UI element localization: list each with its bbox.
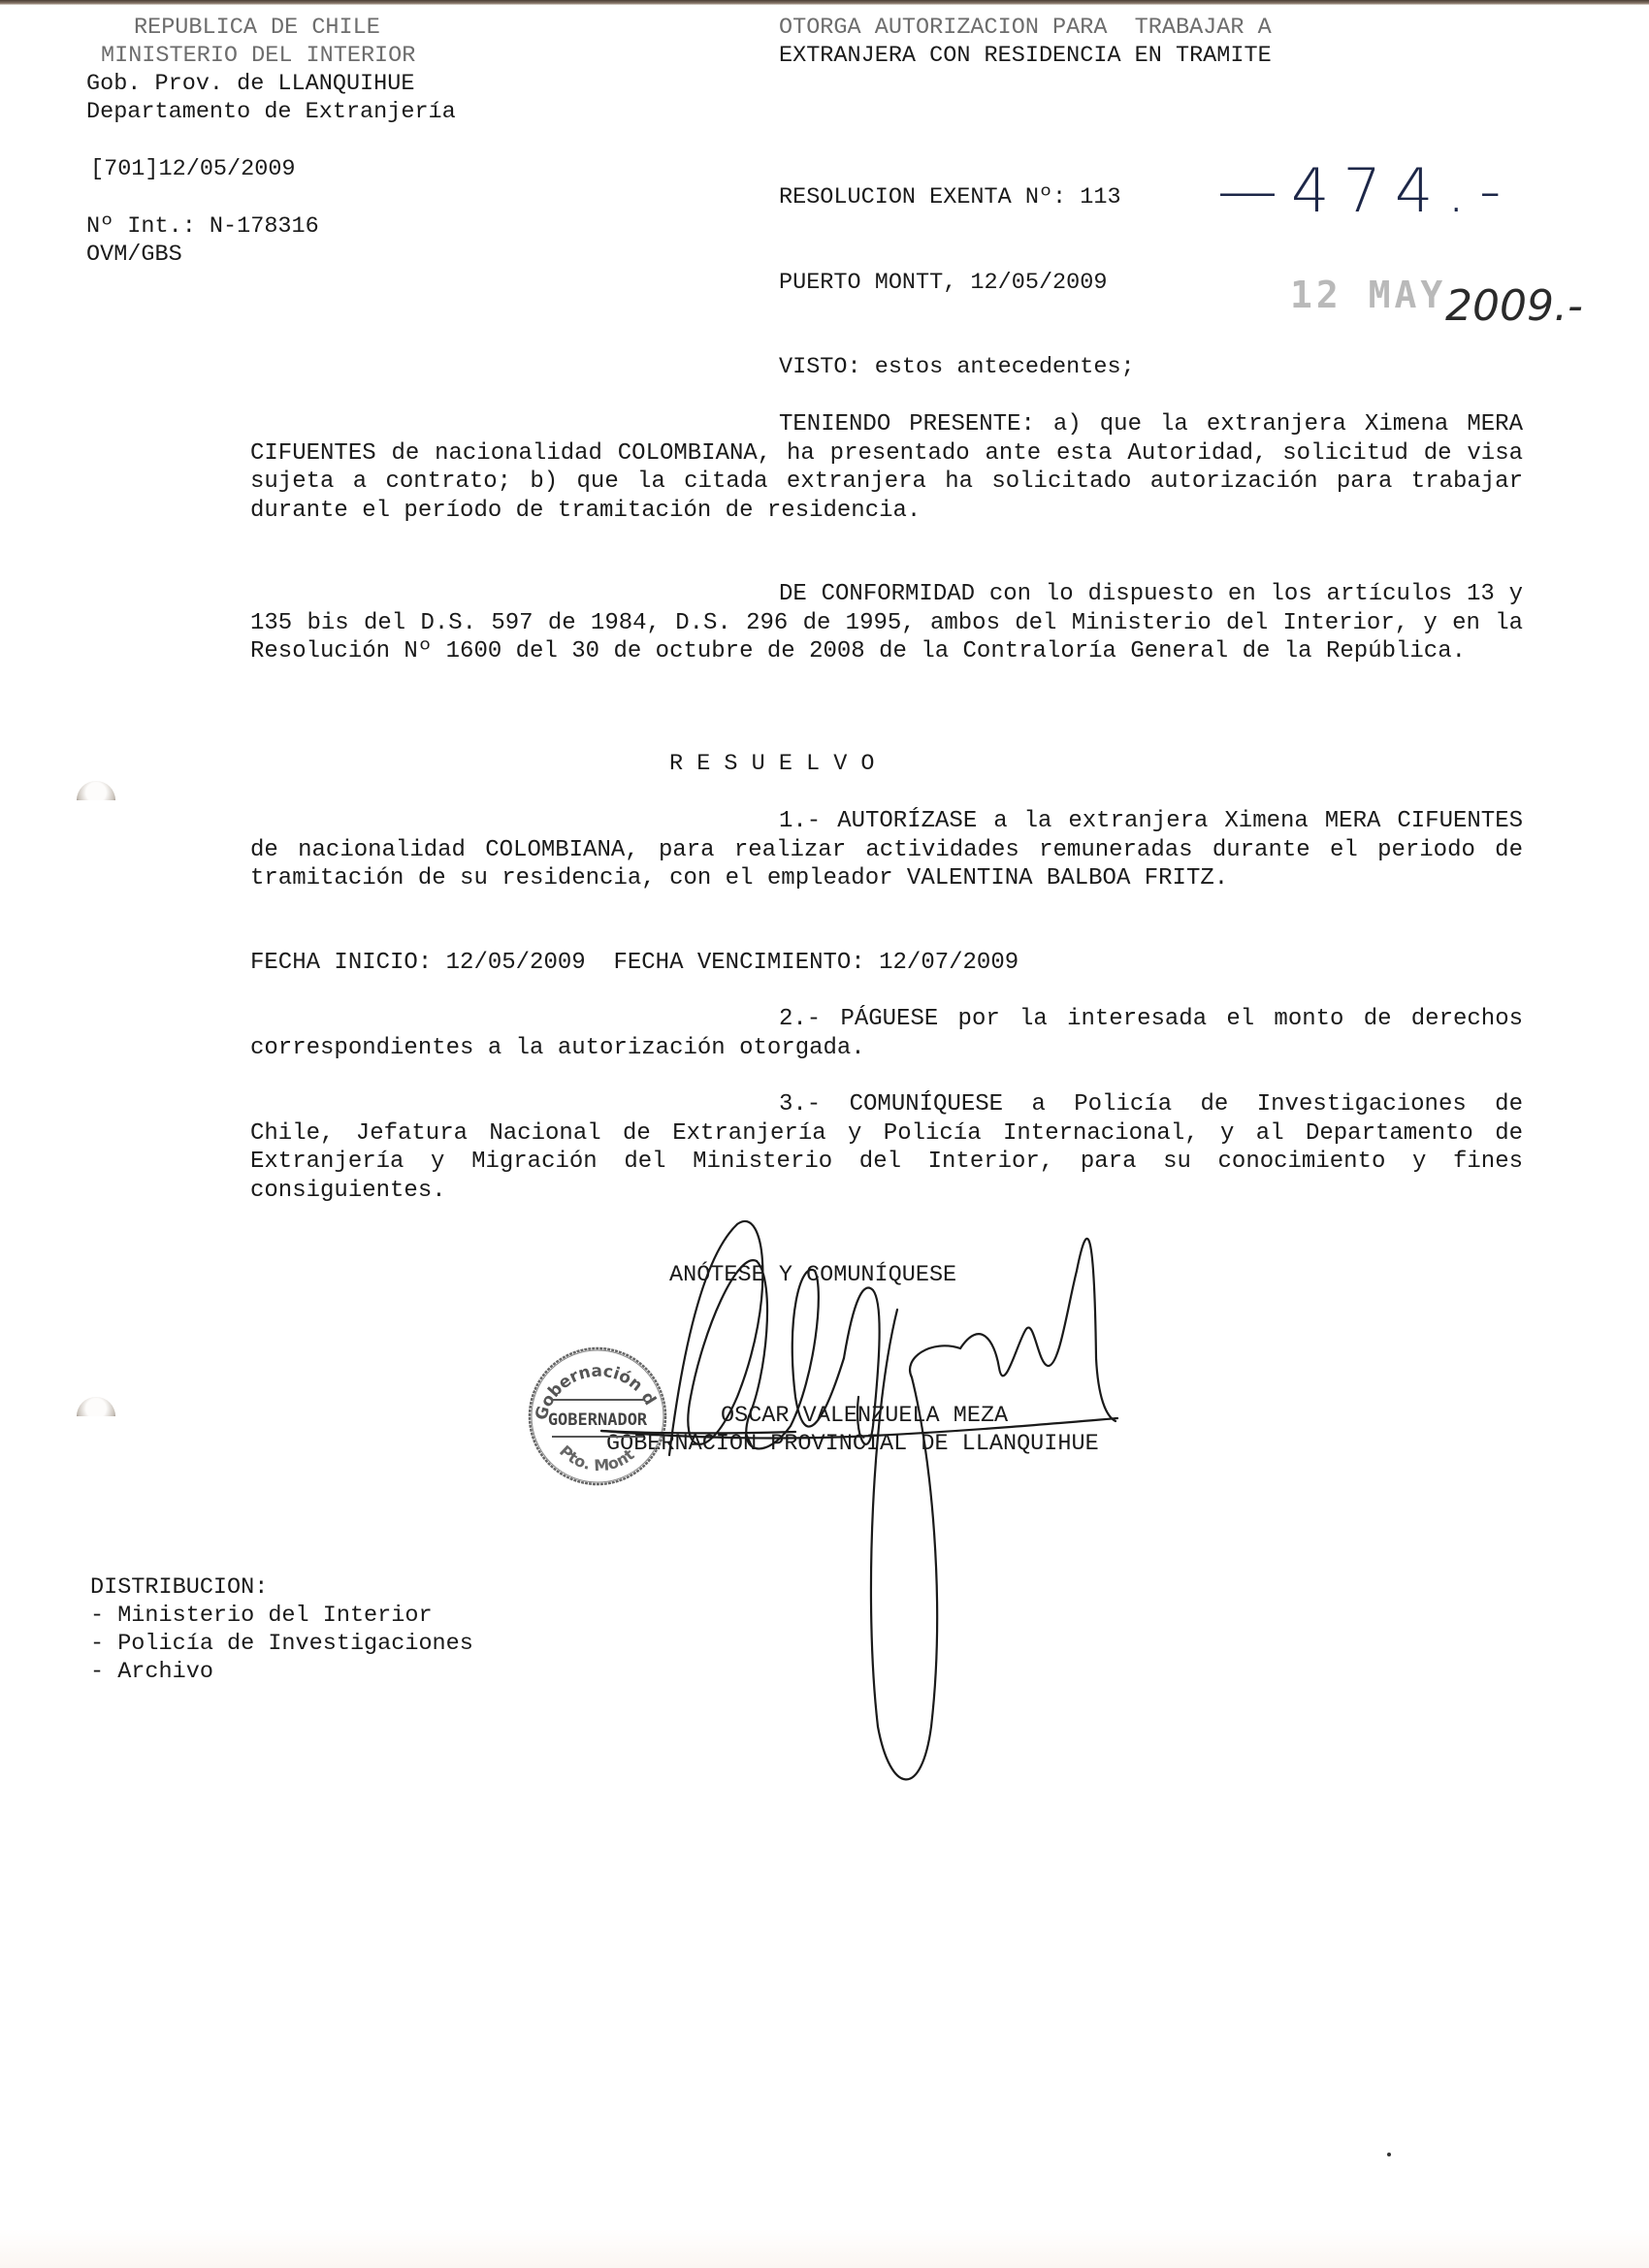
item-3-text: 3.- COMUNÍQUESE a Policía de Investigaci… xyxy=(250,1091,1523,1204)
handwritten-year: 2009.- xyxy=(1445,281,1583,331)
header-republic: REPUBLICA DE CHILE xyxy=(134,14,380,43)
distribution-title: DISTRIBUCION: xyxy=(90,1573,268,1603)
scan-speck xyxy=(1387,2153,1391,2156)
resolution-number: RESOLUCION EXENTA Nº: 113 xyxy=(779,183,1121,212)
conformidad-text: DE CONFORMIDAD con lo dispuesto en los a… xyxy=(250,581,1523,664)
handwritten-resolution-number: —474.- xyxy=(1217,155,1514,226)
closing-formula: ANÓTESE Y COMUNÍQUESE xyxy=(669,1261,956,1290)
place-date: PUERTO MONTT, 12/05/2009 xyxy=(779,269,1107,298)
received-date-stamp: 12 MAY xyxy=(1290,274,1446,316)
header-province: Gob. Prov. de LLANQUIHUE xyxy=(86,70,414,99)
teniendo-presente-text: TENIENDO PRESENTE: a) que la extranjera … xyxy=(250,411,1523,524)
header-ministry: MINISTERIO DEL INTERIOR xyxy=(101,42,415,71)
validity-dates: FECHA INICIO: 12/05/2009 FECHA VENCIMIEN… xyxy=(250,949,1018,978)
item-2-text: 2.- PÁGUESE por la interesada el monto d… xyxy=(250,1006,1523,1061)
signer-title: GOBERNACION PROVINCIAL DE LLANQUIHUE xyxy=(606,1430,1099,1459)
reference-date: [701]12/05/2009 xyxy=(90,155,296,184)
internal-number: Nº Int.: N-178316 xyxy=(86,212,319,242)
hole-punch xyxy=(77,1397,115,1436)
conformidad-paragraph: DE CONFORMIDAD con lo dispuesto en los a… xyxy=(250,580,1523,666)
item-1-text: 1.- AUTORÍZASE a la extranjera Ximena ME… xyxy=(250,808,1523,891)
signer-name: OSCAR VALENZUELA MEZA xyxy=(721,1402,1008,1431)
item-1-paragraph: 1.- AUTORÍZASE a la extranjera Ximena ME… xyxy=(250,807,1523,893)
distribution-item: - Archivo xyxy=(90,1658,213,1687)
seal-center-text: GOBERNADOR xyxy=(548,1410,648,1430)
scan-bottom-edge xyxy=(0,2229,1649,2268)
subject-line-1: OTORGA AUTORIZACION PARA TRABAJAR A xyxy=(779,14,1272,43)
distribution-item: - Policía de Investigaciones xyxy=(90,1630,473,1659)
distribution-item: - Ministerio del Interior xyxy=(90,1602,433,1631)
hole-punch xyxy=(77,781,115,820)
initials: OVM/GBS xyxy=(86,241,182,270)
header-department: Departamento de Extranjería xyxy=(86,98,456,127)
teniendo-presente-paragraph: TENIENDO PRESENTE: a) que la extranjera … xyxy=(250,410,1523,525)
scan-top-edge xyxy=(0,0,1649,5)
official-seal: Gobernación de Llanquihue Pto. Montt GOB… xyxy=(525,1344,670,1489)
visto-clause: VISTO: estos antecedentes; xyxy=(779,353,1135,382)
item-2-paragraph: 2.- PÁGUESE por la interesada el monto d… xyxy=(250,1005,1523,1062)
resuelvo-heading: R E S U E L V O xyxy=(669,750,875,779)
subject-line-2: EXTRANJERA CON RESIDENCIA EN TRAMITE xyxy=(779,42,1272,71)
item-3-paragraph: 3.- COMUNÍQUESE a Policía de Investigaci… xyxy=(250,1090,1523,1205)
